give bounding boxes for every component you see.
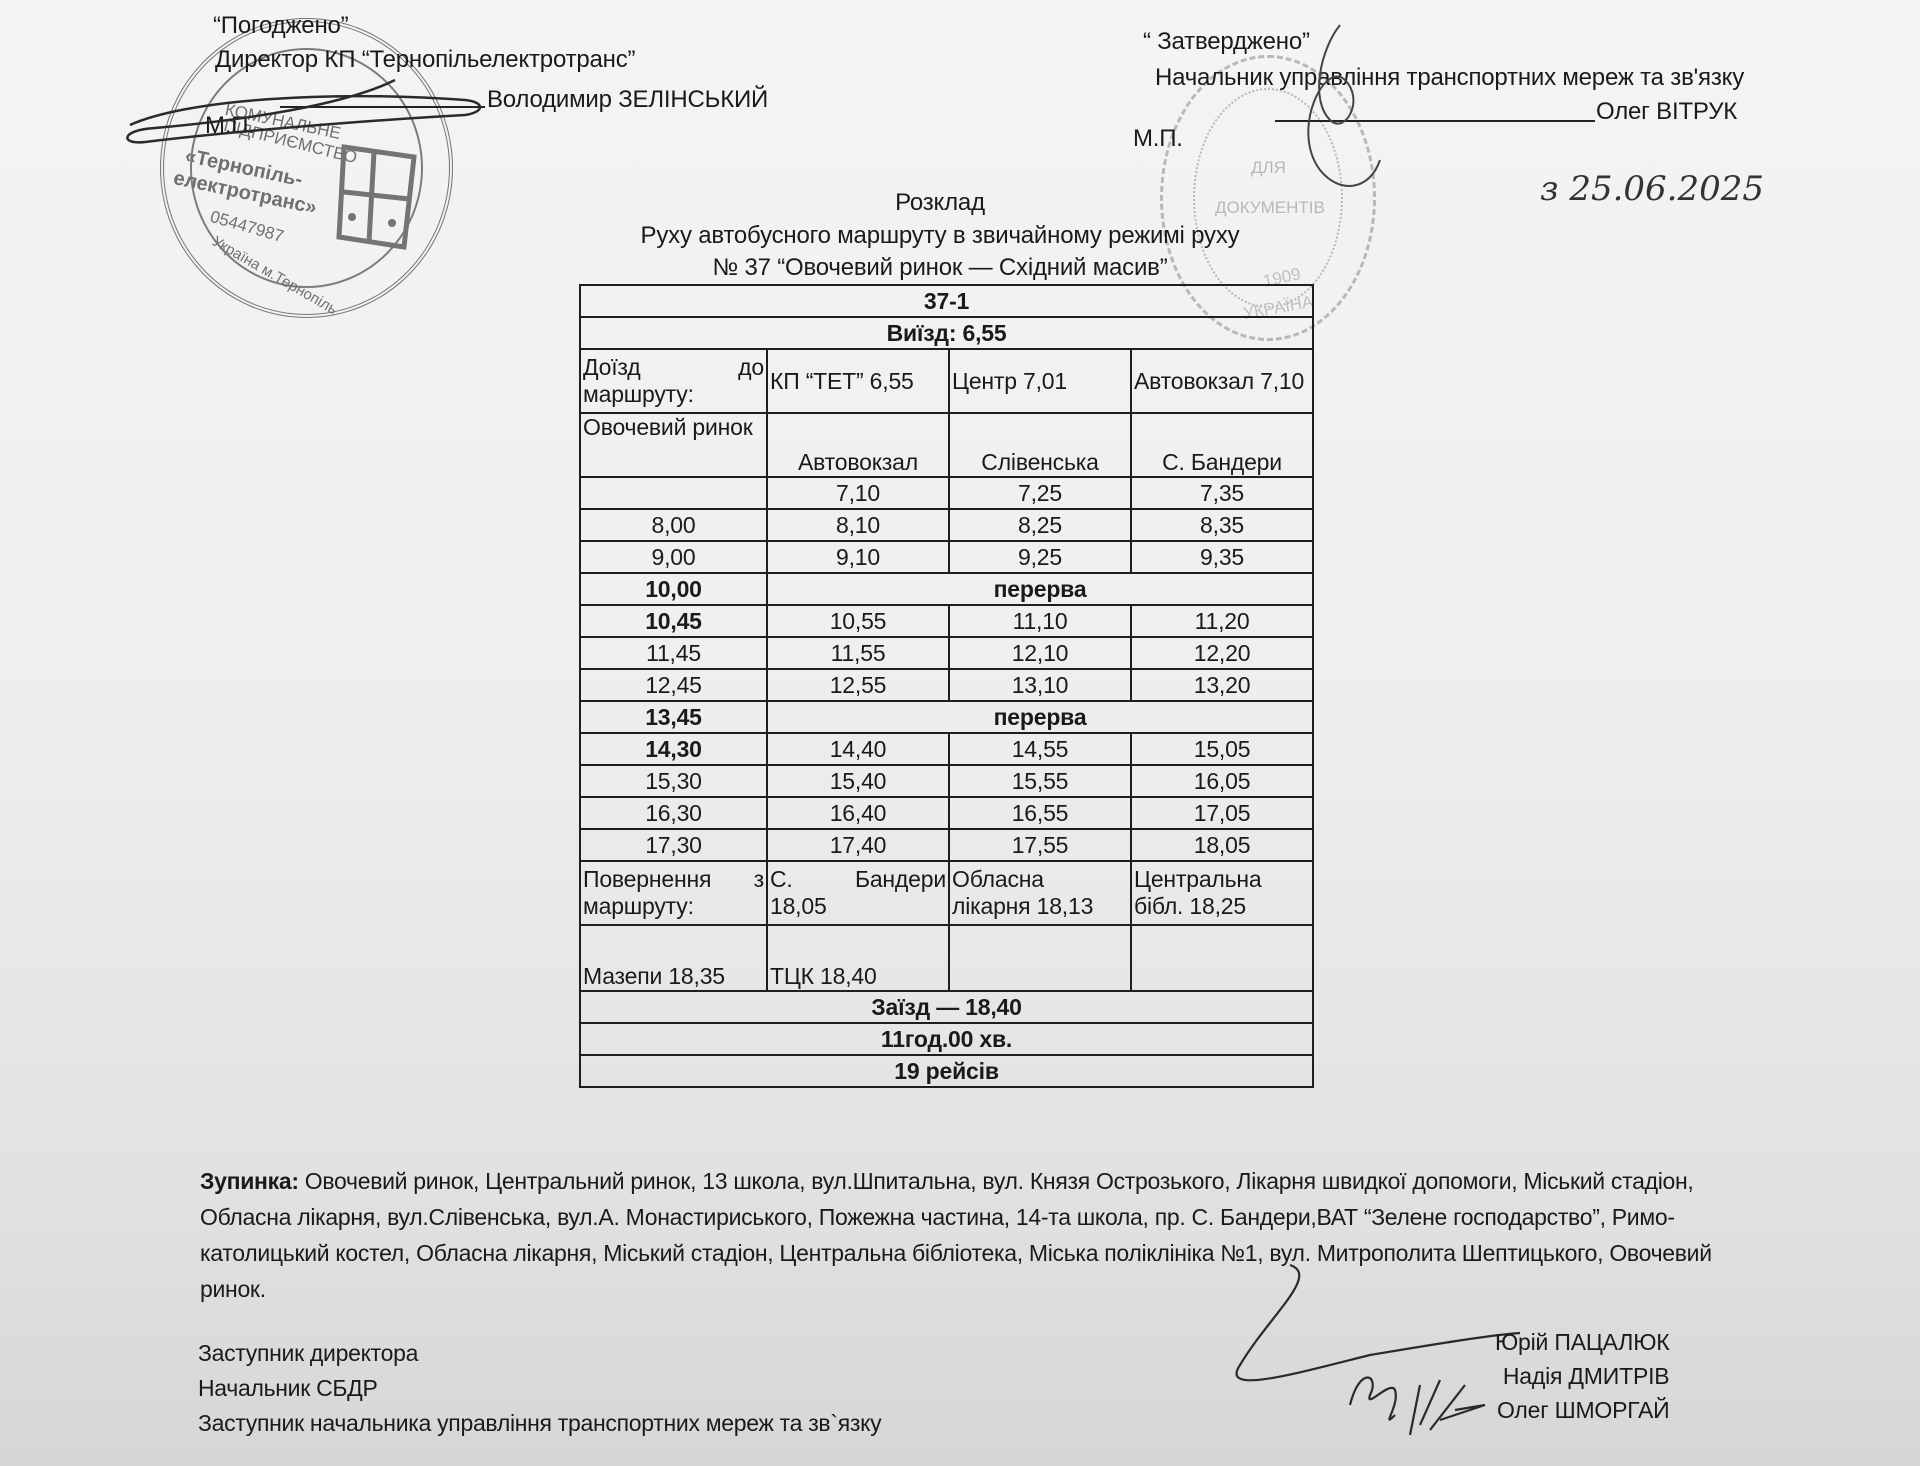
time-cell: 10,55 [767, 605, 949, 637]
approval-right-position: Начальник управління транспортних мереж … [1155, 64, 1744, 92]
schedule-table: 37-1 Виїзд: 6,55 Доїзд до маршруту: КП “… [579, 284, 1314, 1088]
route-code: 37-1 [580, 285, 1313, 317]
time-cell: 15,55 [949, 765, 1131, 797]
column-header: Автовокзал [767, 413, 949, 477]
column-header: Слівенська [949, 413, 1131, 477]
time-cell: 7,25 [949, 477, 1131, 509]
signatory-position: Заступник начальника управління транспор… [198, 1406, 881, 1441]
time-cell: 12,45 [580, 669, 767, 701]
time-cell: 11,55 [767, 637, 949, 669]
time-cell: 8,35 [1131, 509, 1313, 541]
time-cell: 10,45 [580, 605, 767, 637]
time-cell: 15,40 [767, 765, 949, 797]
time-cell: 9,10 [767, 541, 949, 573]
arrival-time: Заїзд — 18,40 [580, 991, 1313, 1023]
time-cell: 10,00 [580, 573, 767, 605]
empty-cell [1131, 925, 1313, 991]
time-cell: 16,05 [1131, 765, 1313, 797]
time-cell: 12,20 [1131, 637, 1313, 669]
time-cell: 17,55 [949, 829, 1131, 861]
time-cell: 13,45 [580, 701, 767, 733]
handwritten-date: з 25.06.2025 [1540, 150, 1900, 220]
time-cell: 15,30 [580, 765, 767, 797]
time-cell: 13,10 [949, 669, 1131, 701]
tram-icon [334, 137, 424, 257]
approach-label: Доїзд до маршруту: [580, 349, 767, 413]
column-header: С. Бандери [1131, 413, 1313, 477]
table-row: 10,45 10,55 11,10 11,20 [580, 605, 1313, 637]
time-cell: 14,40 [767, 733, 949, 765]
approach-stop: Автовокзал 7,10 [1131, 349, 1313, 413]
break-label: перерва [767, 573, 1313, 605]
duration-row: 11год.00 хв. [580, 1023, 1313, 1055]
stamp-org-line3: «Тернопіль- [183, 145, 304, 192]
return-stop: Центральна бібл. 18,25 [1131, 861, 1313, 925]
time-cell: 7,10 [767, 477, 949, 509]
return-row-2: Мазепи 18,35 ТЦК 18,40 [580, 925, 1313, 991]
approach-stop: Центр 7,01 [949, 349, 1131, 413]
signature-line-right [1275, 120, 1595, 122]
time-cell: 7,35 [1131, 477, 1313, 509]
time-cell: 18,05 [1131, 829, 1313, 861]
signatory-position: Начальник СБДР [198, 1371, 881, 1406]
approval-right-seal-label: М.П. [1133, 125, 1183, 153]
time-cell: 8,00 [580, 509, 767, 541]
time-cell: 14,55 [949, 733, 1131, 765]
handwritten-date-text: з 25.06.2025 [1540, 169, 1764, 209]
table-row: 7,10 7,25 7,35 [580, 477, 1313, 509]
trips-row: 19 рейсів [580, 1055, 1313, 1087]
doc-title: Розклад [560, 188, 1320, 217]
signatory-names: Юрій ПАЦАЛЮК Надія ДМИТРІВ Олег ШМОРГАЙ [1495, 1325, 1669, 1427]
signature-line-left [280, 106, 485, 108]
approval-left-heading: “Погоджено” [213, 12, 348, 40]
table-row: 9,00 9,10 9,25 9,35 [580, 541, 1313, 573]
time-cell: 17,05 [1131, 797, 1313, 829]
arrival-row: Заїзд — 18,40 [580, 991, 1313, 1023]
time-cell: 8,10 [767, 509, 949, 541]
stops-note: Зупинка: Овочевий ринок, Центральний рин… [200, 1163, 1770, 1307]
table-row: 12,45 12,55 13,10 13,20 [580, 669, 1313, 701]
return-stop: С. Бандери 18,05 [767, 861, 949, 925]
approval-left-seal-label: М.П. [205, 112, 255, 140]
return-stop: Обласна лікарня 18,13 [949, 861, 1131, 925]
break-row: 10,00 перерва [580, 573, 1313, 605]
stops-list: Овочевий ринок, Центральний ринок, 13 шк… [200, 1168, 1712, 1302]
time-cell: 11,20 [1131, 605, 1313, 637]
time-cell: 9,25 [949, 541, 1131, 573]
stamp-org-line4: електротранс» [171, 167, 318, 220]
time-cell: 12,55 [767, 669, 949, 701]
approach-stop: КП “ТЕТ” 6,55 [767, 349, 949, 413]
trip-count: 19 рейсів [580, 1055, 1313, 1087]
approval-left-name: Володимир ЗЕЛІНСЬКИЙ [487, 86, 768, 114]
departure-row: Виїзд: 6,55 [580, 317, 1313, 349]
route-code-row: 37-1 [580, 285, 1313, 317]
signatory-name: Олег ШМОРГАЙ [1495, 1393, 1669, 1427]
time-cell: 17,40 [767, 829, 949, 861]
time-cell: 16,40 [767, 797, 949, 829]
stamp-bottom-text: Україна м.Тернопіль [209, 233, 340, 318]
approval-left-position: Директор КП “Тернопільелектротранс” [215, 46, 635, 74]
time-cell: 12,10 [949, 637, 1131, 669]
return-stop: Мазепи 18,35 [580, 925, 767, 991]
return-label: Повернення з маршруту: [580, 861, 767, 925]
signatory-name: Надія ДМИТРІВ [1495, 1359, 1669, 1393]
signature-left-icon [125, 60, 525, 170]
table-row: 11,45 11,55 12,10 12,20 [580, 637, 1313, 669]
table-row: 14,30 14,40 14,55 15,05 [580, 733, 1313, 765]
time-cell: 8,25 [949, 509, 1131, 541]
duration: 11год.00 хв. [580, 1023, 1313, 1055]
table-row: 8,00 8,10 8,25 8,35 [580, 509, 1313, 541]
time-cell: 16,30 [580, 797, 767, 829]
stops-label: Зупинка: [200, 1168, 299, 1194]
signatory-position: Заступник директора [198, 1336, 881, 1371]
doc-subtitle: Руху автобусного маршруту в звичайному р… [560, 221, 1320, 250]
time-cell: 15,05 [1131, 733, 1313, 765]
return-stop: ТЦК 18,40 [767, 925, 949, 991]
time-cell [580, 477, 767, 509]
return-row: Повернення з маршруту: С. Бандери 18,05 … [580, 861, 1313, 925]
signatory-name: Юрій ПАЦАЛЮК [1495, 1325, 1669, 1359]
time-cell: 9,35 [1131, 541, 1313, 573]
time-cell: 13,20 [1131, 669, 1313, 701]
column-header-row: Овочевий ринок Автовокзал Слівенська С. … [580, 413, 1313, 477]
table-row: 16,30 16,40 16,55 17,05 [580, 797, 1313, 829]
table-row: 15,30 15,40 15,55 16,05 [580, 765, 1313, 797]
approval-right-name: Олег ВІТРУК [1596, 98, 1737, 126]
time-cell: 9,00 [580, 541, 767, 573]
break-row: 13,45 перерва [580, 701, 1313, 733]
table-row: 17,30 17,40 17,55 18,05 [580, 829, 1313, 861]
time-cell: 17,30 [580, 829, 767, 861]
stamp-inner-ring [190, 48, 423, 288]
approach-row: Доїзд до маршруту: КП “ТЕТ” 6,55 Центр 7… [580, 349, 1313, 413]
route-title: № 37 “Овочевий ринок — Східний масив” [560, 253, 1320, 282]
approval-right-heading: “ Затверджено” [1143, 28, 1310, 56]
break-label: перерва [767, 701, 1313, 733]
time-cell: 11,45 [580, 637, 767, 669]
time-cell: 16,55 [949, 797, 1131, 829]
departure-time: Виїзд: 6,55 [580, 317, 1313, 349]
column-header: Овочевий ринок [580, 413, 767, 477]
signatory-positions: Заступник директора Начальник СБДР Засту… [198, 1336, 881, 1441]
time-cell: 14,30 [580, 733, 767, 765]
time-cell: 11,10 [949, 605, 1131, 637]
stamp-code: 05447987 [208, 207, 286, 247]
stamp-text-for: ДЛЯ [1251, 158, 1286, 178]
empty-cell [949, 925, 1131, 991]
